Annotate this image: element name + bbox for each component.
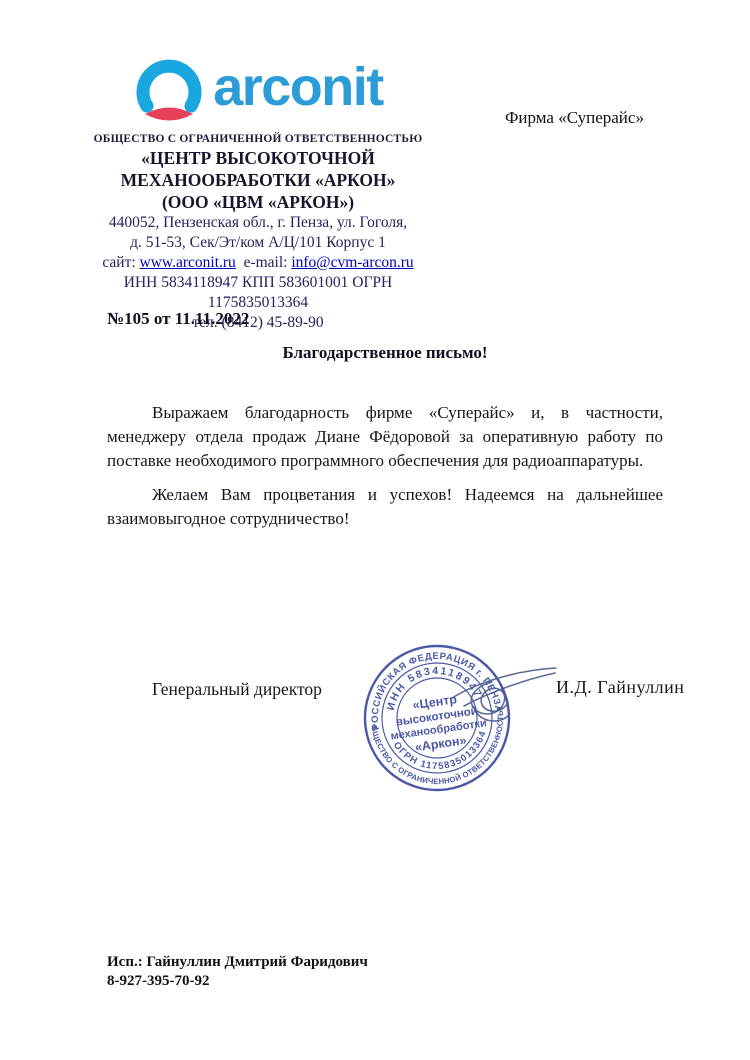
registration-line: ИНН 5834118947 КПП 583601001 ОГРН 117583… [78,273,438,313]
paragraph-2: Желаем Вам процветания и успехов! Надеем… [107,483,663,531]
org-name-line2: МЕХАНООБРАБОТКИ «АРКОН» [78,169,438,191]
email-link[interactable]: info@cvm-arcon.ru [291,254,413,271]
signer-position: Генеральный директор [152,679,322,700]
executor-line: Исп.: Гайнуллин Дмитрий Фаридович [107,953,368,972]
handwritten-signature [428,632,578,732]
letter-body: Выражаем благодарность фирме «Суперайс» … [107,401,663,531]
logo: arconit [78,52,438,128]
address-line1: 440052, Пензенская обл., г. Пенза, ул. Г… [78,213,438,233]
contacts-line: сайт: www.arconit.ru e-mail: info@cvm-ar… [78,253,438,273]
reference-number: №105 от 11.11.2022 [107,309,249,329]
recipient-line: Фирма «Суперайс» [505,108,644,128]
arconit-logo-icon [133,54,205,126]
address-line2: д. 51-53, Сек/Эт/ком А/Ц/101 Корпус 1 [78,233,438,253]
paragraph-1: Выражаем благодарность фирме «Суперайс» … [107,401,663,473]
executor-phone: 8-927-395-70-92 [107,972,368,991]
brand-wordmark: arconit [213,60,383,120]
letterhead: arconit ОБЩЕСТВО С ОГРАНИЧЕННОЙ ОТВЕТСТВ… [78,52,438,333]
site-link[interactable]: www.arconit.ru [140,254,236,271]
org-type-line: ОБЩЕСТВО С ОГРАНИЧЕННОЙ ОТВЕТСТВЕННОСТЬЮ [78,132,438,147]
org-name-line3: (ООО «ЦВМ «АРКОН») [78,191,438,213]
org-name-line1: «ЦЕНТР ВЫСОКОТОЧНОЙ [78,147,438,169]
executor-block: Исп.: Гайнуллин Дмитрий Фаридович 8-927-… [107,953,368,991]
letter-title: Благодарственное письмо! [107,343,663,363]
letter-page: arconit ОБЩЕСТВО С ОГРАНИЧЕННОЙ ОТВЕТСТВ… [0,0,750,1060]
site-label: сайт: [102,254,135,271]
email-label: e-mail: [244,254,288,271]
